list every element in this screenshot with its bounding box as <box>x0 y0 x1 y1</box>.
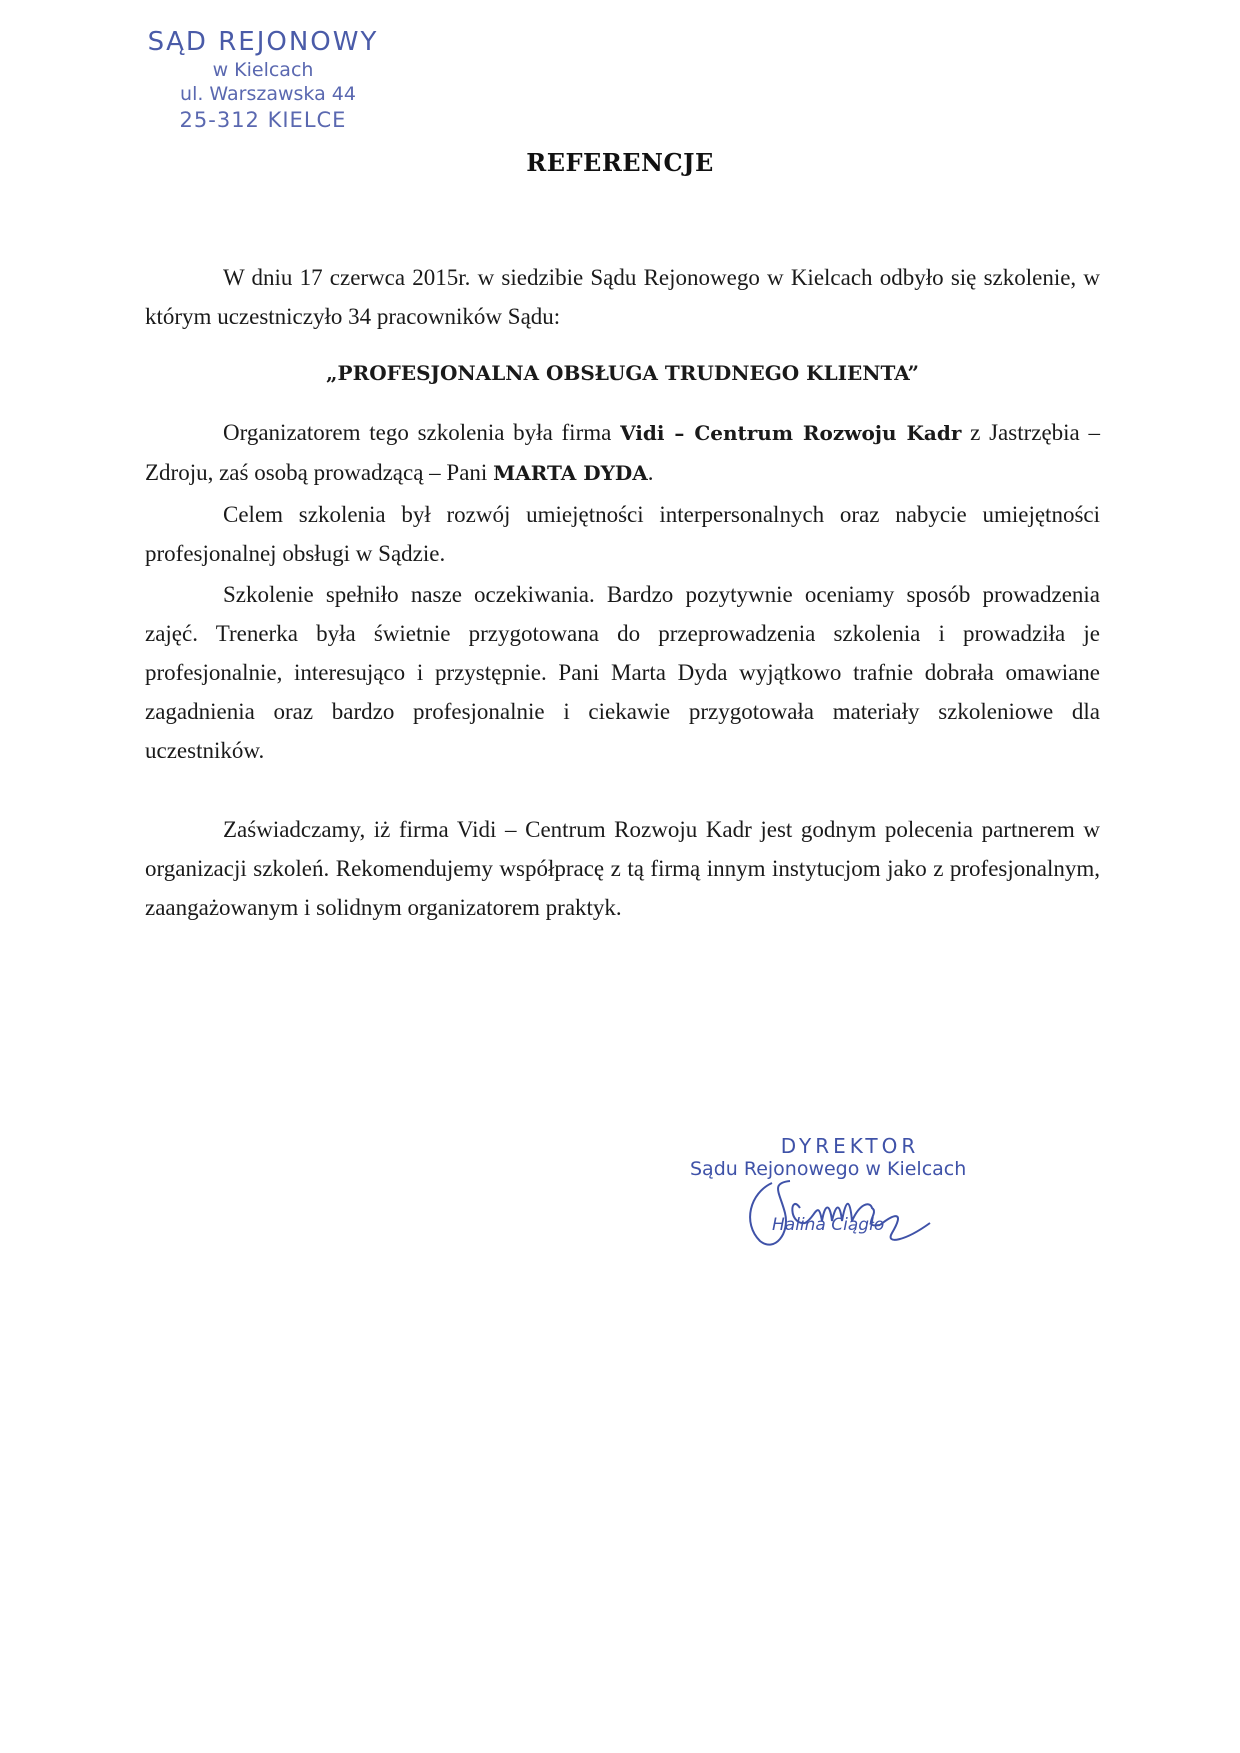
organizer-text-3: . <box>648 460 654 485</box>
stamp-court-name: SĄD REJONOWY <box>118 26 408 58</box>
paragraph-intro: W dniu 17 czerwca 2015r. w siedzibie Sąd… <box>145 258 1100 336</box>
document-body: W dniu 17 czerwca 2015r. w siedzibie Sąd… <box>145 258 1100 927</box>
signature-block: DYREKTOR Sądu Rejonowego w Kielcach Hali… <box>690 1135 980 1181</box>
training-title: „PROFESJONALNA OBSŁUGA TRUDNEGO KLIENTA” <box>145 354 1100 393</box>
paragraph-organizer: Organizatorem tego szkolenia była firma … <box>145 413 1100 493</box>
company-name: Vidi – Centrum Rozwoju Kadr <box>620 421 961 445</box>
court-stamp: SĄD REJONOWY w Kielcach ul. Warszawska 4… <box>118 26 408 134</box>
document-title: REFERENCJE <box>0 148 1240 177</box>
trainer-name: MARTA DYDA <box>493 461 648 485</box>
stamp-city: w Kielcach <box>118 58 408 82</box>
signatory-name: Halina Ciągło <box>772 1215 884 1235</box>
handwritten-signature-icon <box>730 1153 960 1263</box>
paragraph-goal: Celem szkolenia był rozwój umiejętności … <box>145 495 1100 573</box>
organizer-text-1: Organizatorem tego szkolenia była firma <box>223 420 620 445</box>
stamp-street: ul. Warszawska 44 <box>128 82 408 106</box>
document-page: SĄD REJONOWY w Kielcach ul. Warszawska 4… <box>0 0 1240 1753</box>
stamp-postal-code: 25-312 KIELCE <box>118 106 408 134</box>
paragraph-evaluation: Szkolenie spełniło nasze oczekiwania. Ba… <box>145 575 1100 770</box>
paragraph-recommendation: Zaświadczamy, iż firma Vidi – Centrum Ro… <box>145 810 1100 927</box>
